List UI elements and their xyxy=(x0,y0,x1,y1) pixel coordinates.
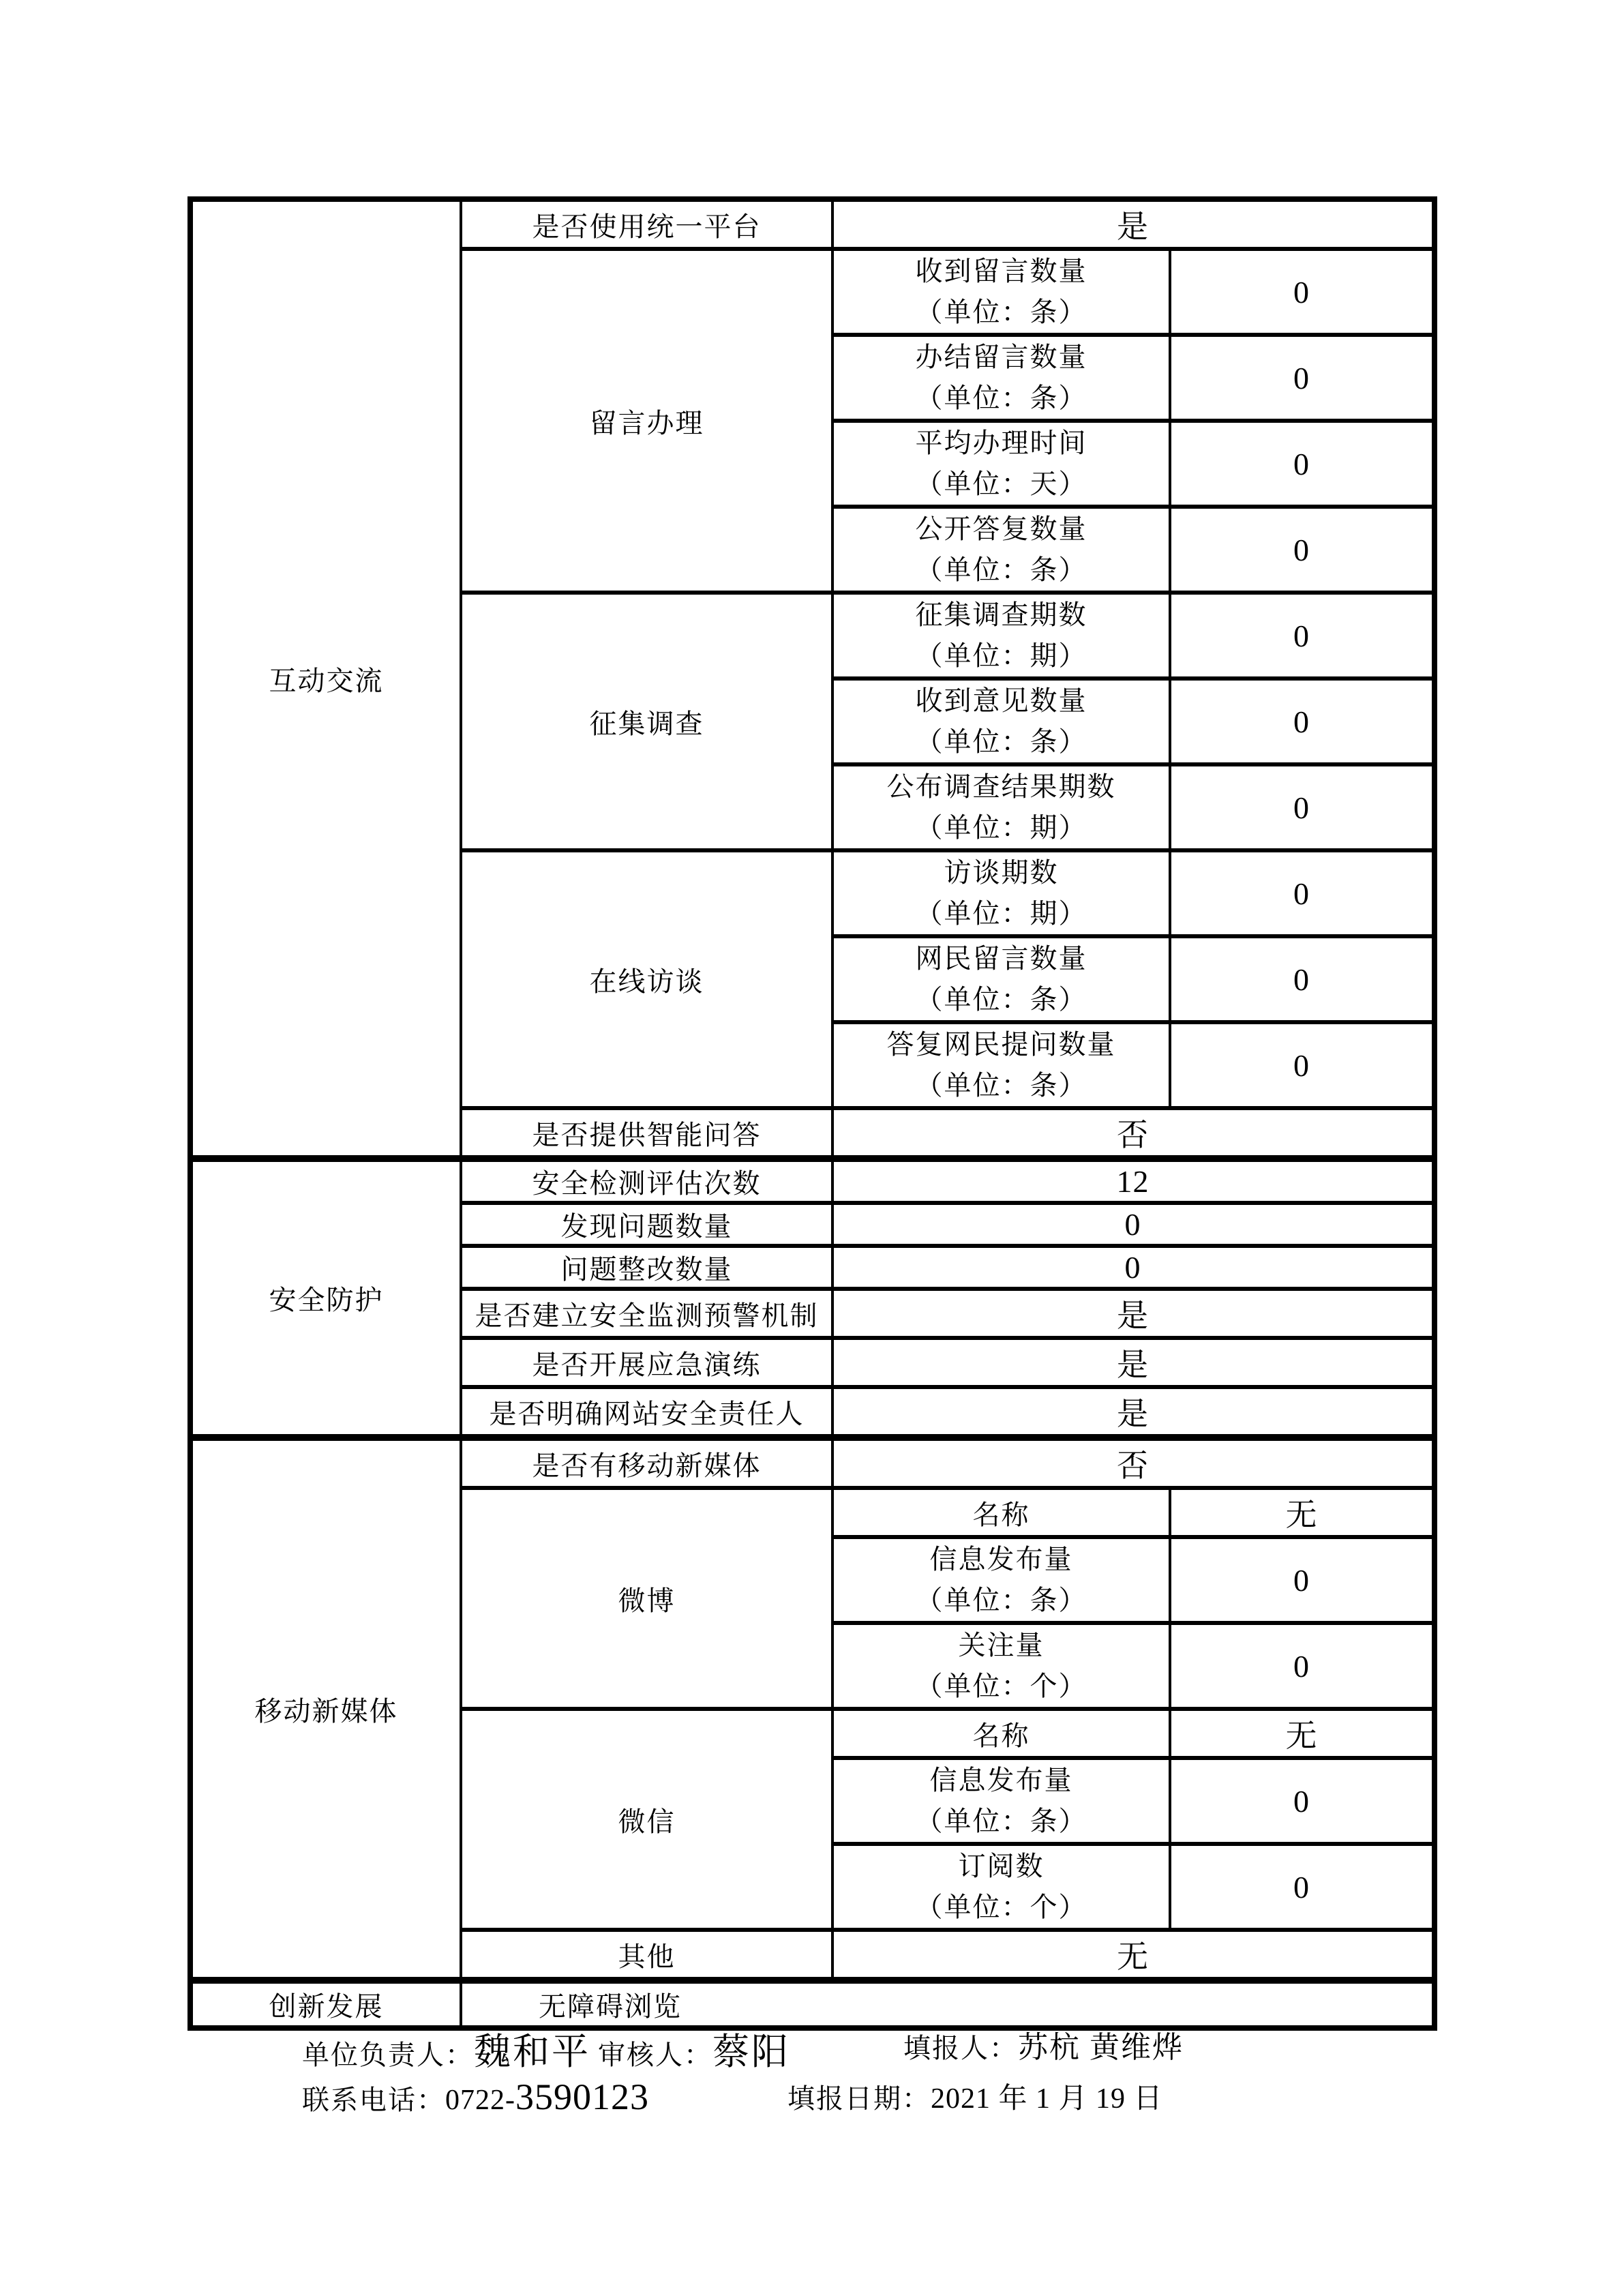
metric-value-cell: 无障碍浏览 xyxy=(461,1980,1435,2028)
metric-label-cell: 发现问题数量 xyxy=(461,1203,832,1246)
metric-value: 0 xyxy=(1293,962,1310,997)
responsible-person: 单位负责人：魏和平 xyxy=(302,2023,590,2075)
metric-label-cell: 是否开展应急演练 xyxy=(461,1338,832,1387)
section-label: 安全防护 xyxy=(269,1285,384,1315)
metric-label-line1: 答复网民提问数量 xyxy=(834,1024,1169,1065)
group-label: 留言办理 xyxy=(590,408,704,438)
metric-label-cell: 收到留言数量（单位：条） xyxy=(832,249,1170,335)
metric-label-line2: （单位：期） xyxy=(834,893,1169,934)
section-cell-innovation: 创新发展 xyxy=(190,1980,461,2028)
metric-label-cell: 名称 xyxy=(832,1709,1170,1758)
metric-value-cell: 12 xyxy=(832,1159,1435,1203)
metric-label-line1: 公布调查结果期数 xyxy=(834,766,1169,807)
metric-label-line2: （单位：条） xyxy=(834,292,1169,333)
metric-label: 是否建立安全监测预警机制 xyxy=(475,1300,819,1331)
filler-person: 填报人：苏杭 黄维烨 xyxy=(903,2023,1184,2066)
metric-label-line1: 收到留言数量 xyxy=(834,251,1169,292)
metric-value: 0 xyxy=(1293,1870,1310,1905)
metric-value: 0 xyxy=(1293,704,1310,739)
metric-value-cell: 否 xyxy=(832,1108,1435,1159)
metric-label-line2: （单位：条） xyxy=(834,1065,1169,1106)
metric-label-cell: 平均办理时间（单位：天） xyxy=(832,421,1170,507)
metric-label-line1: 访谈期数 xyxy=(834,852,1169,893)
metric-value-cell: 0 xyxy=(1170,764,1435,850)
filler-name: 苏杭 黄维烨 xyxy=(1018,2031,1184,2064)
responsible-label: 单位负责人： xyxy=(302,2040,474,2070)
metric-label: 安全检测评估次数 xyxy=(532,1168,762,1199)
metric-label-cell: 是否明确网站安全责任人 xyxy=(461,1387,832,1437)
metric-value-cell: 无 xyxy=(1170,1709,1435,1758)
metric-value-cell: 0 xyxy=(1170,1537,1435,1623)
metric-label: 名称 xyxy=(973,1720,1030,1751)
metric-label-cell: 征集调查期数（单位：期） xyxy=(832,593,1170,679)
group-label: 在线访谈 xyxy=(590,966,704,997)
metric-value: 0 xyxy=(1293,275,1310,310)
metric-label-line2: （单位：个） xyxy=(834,1887,1169,1928)
metric-value: 无 xyxy=(1286,1497,1318,1532)
metric-value-cell: 0 xyxy=(1170,593,1435,679)
metric-label-cell: 安全检测评估次数 xyxy=(461,1159,832,1203)
metric-value: 0 xyxy=(1293,1563,1310,1598)
metric-label-cell: 是否使用统一平台 xyxy=(461,199,832,249)
metric-value-cell: 0 xyxy=(832,1203,1435,1246)
signature-footer: 单位负责人：魏和平 审核人：蔡阳 填报人：苏杭 黄维烨 联系电话：0722-35… xyxy=(302,2023,1461,2118)
metric-label-line1: 信息发布量 xyxy=(834,1760,1169,1801)
contact-phone: 联系电话：0722-3590123 xyxy=(302,2076,649,2118)
metric-value-cell: 0 xyxy=(1170,249,1435,335)
metric-label-cell: 名称 xyxy=(832,1488,1170,1537)
metric-value: 无障碍浏览 xyxy=(539,1991,682,2022)
metric-value-cell: 0 xyxy=(832,1246,1435,1289)
metric-value: 是 xyxy=(1117,209,1149,244)
metric-value: 0 xyxy=(1293,447,1310,481)
group-cell-weibo: 微博 xyxy=(461,1488,832,1709)
metric-value: 0 xyxy=(1293,618,1310,653)
metric-label-cell: 收到意见数量（单位：条） xyxy=(832,679,1170,764)
metric-value-cell: 是 xyxy=(832,1387,1435,1437)
section-cell-security: 安全防护 xyxy=(190,1159,461,1437)
metric-label-line2: （单位：个） xyxy=(834,1666,1169,1707)
metric-label-cell: 关注量（单位：个） xyxy=(832,1623,1170,1709)
table-row: 创新发展 无障碍浏览 xyxy=(190,1980,1435,2028)
metric-value: 0 xyxy=(1293,533,1310,567)
responsible-name: 魏和平 xyxy=(474,2031,590,2072)
phone-prefix: 0722- xyxy=(445,2085,515,2116)
metric-value-cell: 0 xyxy=(1170,936,1435,1022)
metric-label: 问题整改数量 xyxy=(561,1254,733,1285)
metric-label-line1: 网民留言数量 xyxy=(834,938,1169,979)
metric-value: 是 xyxy=(1117,1298,1149,1333)
metric-value-cell: 无 xyxy=(1170,1488,1435,1537)
metric-label-cell: 是否有移动新媒体 xyxy=(461,1437,832,1488)
metric-label-line2: （单位：条） xyxy=(834,1801,1169,1842)
metric-value: 0 xyxy=(1293,1048,1310,1083)
metric-label-cell: 是否提供智能问答 xyxy=(461,1108,832,1159)
date-value: 2021 年 1 月 19 日 xyxy=(931,2083,1163,2115)
metric-label: 名称 xyxy=(973,1500,1030,1530)
metric-value-cell: 0 xyxy=(1170,1758,1435,1844)
auditor-name: 蔡阳 xyxy=(712,2031,790,2072)
group-label: 微博 xyxy=(618,1585,676,1616)
section-label: 移动新媒体 xyxy=(255,1696,398,1727)
section-label: 互动交流 xyxy=(269,666,384,696)
filler-label: 填报人： xyxy=(903,2033,1018,2063)
metric-label-cell: 其他 xyxy=(461,1930,832,1980)
section-label: 创新发展 xyxy=(269,1991,384,2022)
metric-label-cell: 答复网民提问数量（单位：条） xyxy=(832,1022,1170,1108)
group-label: 微信 xyxy=(618,1806,676,1837)
table-row: 互动交流 是否使用统一平台 是 xyxy=(190,199,1435,249)
metric-label-cell: 网民留言数量（单位：条） xyxy=(832,936,1170,1022)
metric-label-line1: 平均办理时间 xyxy=(834,423,1169,464)
metric-value: 12 xyxy=(1117,1164,1150,1199)
metric-label-cell: 公开答复数量（单位：条） xyxy=(832,507,1170,593)
metric-label-line2: （单位：天） xyxy=(834,464,1169,505)
metric-label-cell: 办结留言数量（单位：条） xyxy=(832,335,1170,421)
metric-label-line2: （单位：条） xyxy=(834,721,1169,762)
metric-label: 是否使用统一平台 xyxy=(532,211,762,242)
metric-label-line1: 关注量 xyxy=(834,1625,1169,1666)
metric-label-line2: （单位：条） xyxy=(834,550,1169,591)
metric-value-cell: 是 xyxy=(832,199,1435,249)
footer-line-1: 单位负责人：魏和平 审核人：蔡阳 填报人：苏杭 黄维烨 xyxy=(302,2023,1461,2065)
metric-label-cell: 信息发布量（单位：条） xyxy=(832,1537,1170,1623)
metric-value: 0 xyxy=(1293,876,1310,911)
metric-label-cell: 公布调查结果期数（单位：期） xyxy=(832,764,1170,850)
metric-value-cell: 无 xyxy=(832,1930,1435,1980)
annual-report-table: 互动交流 是否使用统一平台 是 留言办理 收到留言数量（单位：条） 0 办结留言… xyxy=(187,196,1437,2031)
group-cell-message-handling: 留言办理 xyxy=(461,249,832,593)
table-row: 移动新媒体 是否有移动新媒体 否 xyxy=(190,1437,1435,1488)
metric-value: 0 xyxy=(1293,361,1310,396)
metric-label-cell: 访谈期数（单位：期） xyxy=(832,850,1170,936)
metric-label: 是否明确网站安全责任人 xyxy=(490,1399,805,1429)
metric-value: 否 xyxy=(1117,1448,1149,1483)
metric-label-line2: （单位：条） xyxy=(834,378,1169,419)
metric-label: 发现问题数量 xyxy=(561,1211,733,1242)
metric-label-line2: （单位：期） xyxy=(834,807,1169,848)
metric-value: 0 xyxy=(1125,1250,1141,1285)
metric-value-cell: 0 xyxy=(1170,1623,1435,1709)
metric-label-line1: 订阅数 xyxy=(834,1846,1169,1887)
phone-number: 3590123 xyxy=(515,2076,649,2117)
metric-value: 是 xyxy=(1117,1347,1149,1382)
metric-value: 无 xyxy=(1286,1718,1318,1753)
metric-value-cell: 0 xyxy=(1170,850,1435,936)
report-date: 填报日期：2021 年 1 月 19 日 xyxy=(787,2076,1163,2117)
date-label: 填报日期： xyxy=(787,2083,931,2114)
metric-value-cell: 是 xyxy=(832,1338,1435,1387)
metric-value-cell: 0 xyxy=(1170,1022,1435,1108)
group-cell-interview: 在线访谈 xyxy=(461,850,832,1108)
phone-label: 联系电话： xyxy=(302,2085,445,2115)
metric-value-cell: 0 xyxy=(1170,335,1435,421)
table-row: 安全防护 安全检测评估次数 12 xyxy=(190,1159,1435,1203)
group-cell-survey: 征集调查 xyxy=(461,593,832,850)
group-cell-wechat: 微信 xyxy=(461,1709,832,1930)
metric-value: 无 xyxy=(1117,1939,1149,1974)
metric-label-line1: 收到意见数量 xyxy=(834,681,1169,721)
metric-label: 是否提供智能问答 xyxy=(532,1120,762,1150)
metric-label: 是否开展应急演练 xyxy=(532,1350,762,1380)
metric-label-line2: （单位：期） xyxy=(834,636,1169,676)
metric-value: 0 xyxy=(1293,1784,1310,1819)
metric-value: 0 xyxy=(1293,1649,1310,1684)
metric-value-cell: 否 xyxy=(832,1437,1435,1488)
auditor-label: 审核人： xyxy=(598,2040,712,2070)
metric-value: 否 xyxy=(1117,1118,1149,1152)
metric-label: 其他 xyxy=(618,1941,676,1972)
metric-label-cell: 问题整改数量 xyxy=(461,1246,832,1289)
metric-label: 是否有移动新媒体 xyxy=(532,1450,762,1481)
report-page: 互动交流 是否使用统一平台 是 留言办理 收到留言数量（单位：条） 0 办结留言… xyxy=(0,0,1622,2296)
metric-value-cell: 是 xyxy=(832,1289,1435,1338)
metric-label-line1: 征集调查期数 xyxy=(834,595,1169,636)
section-cell-interaction: 互动交流 xyxy=(190,199,461,1159)
metric-label-cell: 信息发布量（单位：条） xyxy=(832,1758,1170,1844)
metric-label-line1: 信息发布量 xyxy=(834,1539,1169,1580)
metric-label-cell: 是否建立安全监测预警机制 xyxy=(461,1289,832,1338)
metric-value-cell: 0 xyxy=(1170,507,1435,593)
metric-label-line2: （单位：条） xyxy=(834,979,1169,1020)
section-cell-mobile-media: 移动新媒体 xyxy=(190,1437,461,1980)
metric-value: 是 xyxy=(1117,1397,1149,1431)
metric-value: 0 xyxy=(1125,1207,1141,1242)
metric-label-line2: （单位：条） xyxy=(834,1580,1169,1621)
metric-label-line1: 办结留言数量 xyxy=(834,337,1169,378)
metric-label-line1: 公开答复数量 xyxy=(834,509,1169,550)
metric-label-cell: 订阅数（单位：个） xyxy=(832,1844,1170,1930)
metric-value-cell: 0 xyxy=(1170,421,1435,507)
auditor-person: 审核人：蔡阳 xyxy=(598,2023,790,2075)
footer-line-2: 联系电话：0722-3590123 填报日期：2021 年 1 月 19 日 xyxy=(302,2076,1461,2118)
metric-value-cell: 0 xyxy=(1170,1844,1435,1930)
group-label: 征集调查 xyxy=(590,709,704,739)
metric-value-cell: 0 xyxy=(1170,679,1435,764)
metric-value: 0 xyxy=(1293,790,1310,825)
